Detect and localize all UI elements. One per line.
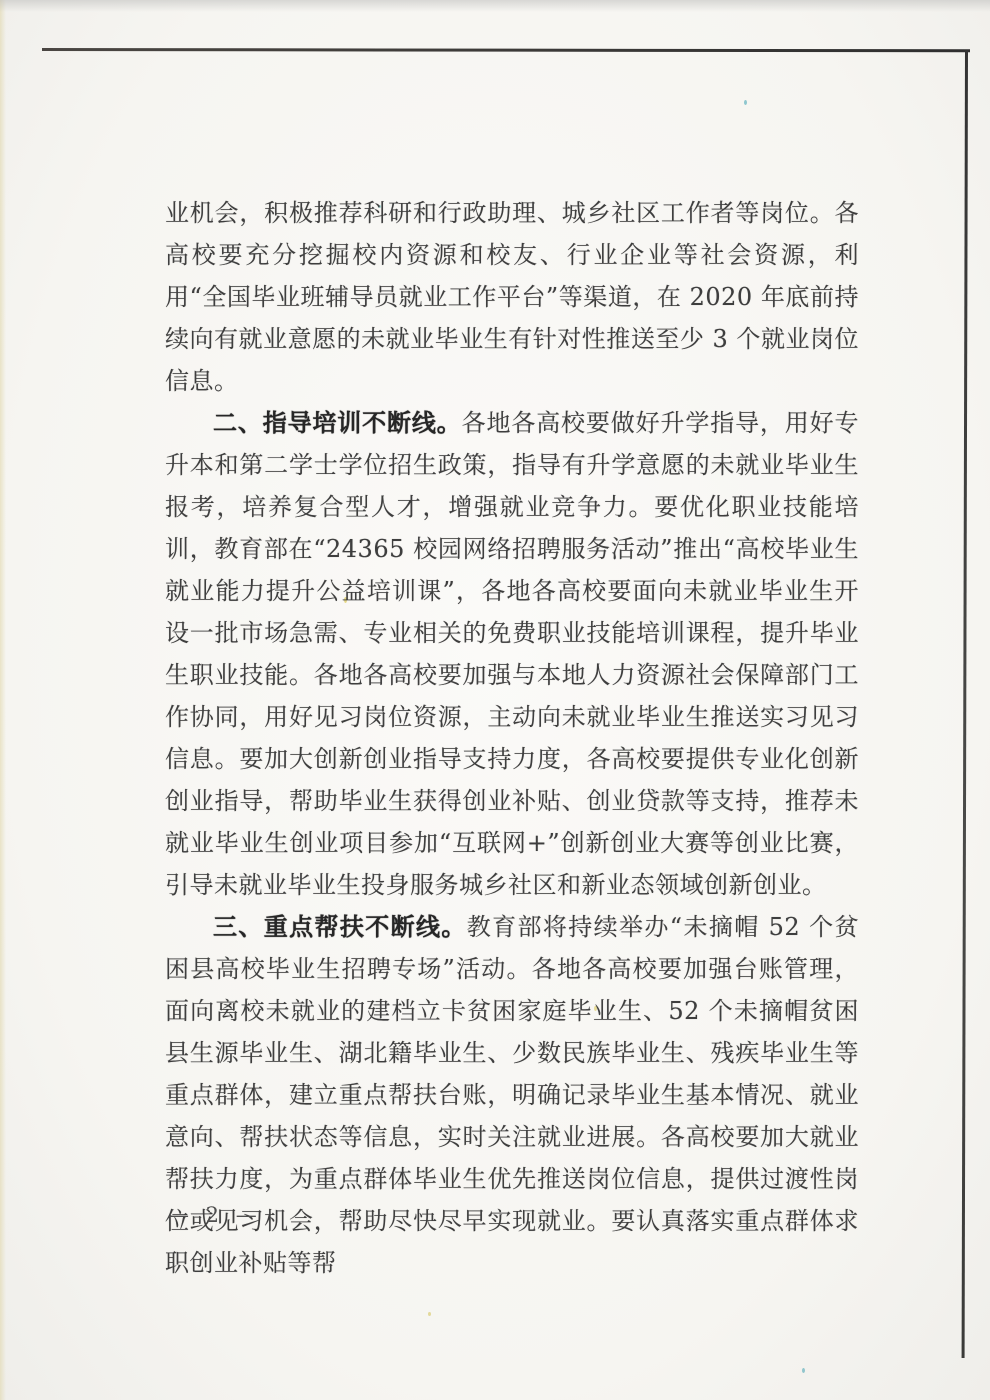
document-body: 业机会，积极推荐科研和行政助理、城乡社区工作者等岗位。各高校要充分挖掘校内资源和… [165,192,859,1284]
scan-speckle [428,1312,431,1316]
paragraph-text: 各地各高校要做好升学指导，用好专升本和第二学士学位招生政策，指导有升学意愿的未就… [165,409,859,899]
page-right-edge-line [962,50,968,1358]
scan-speckle [802,1368,805,1373]
paragraph-lead: 三、重点帮扶不断线。 [213,912,467,941]
paragraph: 二、指导培训不断线。各地各高校要做好升学指导，用好专升本和第二学士学位招生政策，… [165,402,859,906]
scanned-document-page: 业机会，积极推荐科研和行政助理、城乡社区工作者等岗位。各高校要充分挖掘校内资源和… [0,0,990,1400]
scan-speckle [744,100,747,105]
paragraph-text: 业机会，积极推荐科研和行政助理、城乡社区工作者等岗位。各高校要充分挖掘校内资源和… [165,199,859,395]
paragraph-text: 教育部将持续举办“未摘帽 52 个贫困县高校毕业生招聘专场”活动。各地各高校要加… [165,913,859,1277]
page-number: — 2 — [168,1203,262,1227]
paragraph: 三、重点帮扶不断线。教育部将持续举办“未摘帽 52 个贫困县高校毕业生招聘专场”… [165,906,859,1284]
paragraph: 业机会，积极推荐科研和行政助理、城乡社区工作者等岗位。各高校要充分挖掘校内资源和… [165,192,859,402]
paragraph-lead: 二、指导培训不断线。 [213,408,462,437]
page-top-edge-line [42,48,970,52]
